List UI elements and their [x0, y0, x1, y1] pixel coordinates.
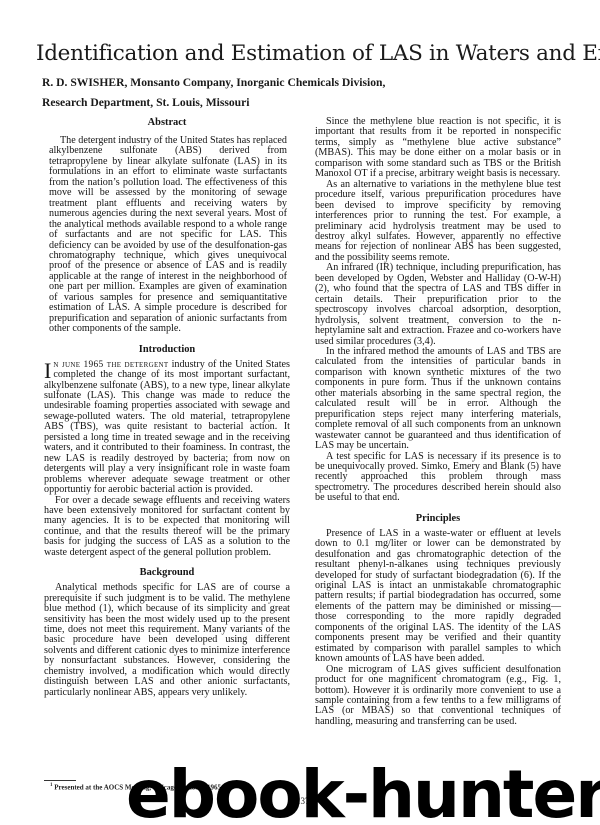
author-line-1: R. D. SWISHER, Monsanto Company, Inorgan… — [42, 73, 462, 93]
background-paragraph-1: Analytical methods specific for LAS are … — [44, 583, 290, 698]
right-paragraph-6: Presence of LAS in a waste-water or effl… — [315, 529, 561, 665]
footnote-mark: 1 — [50, 783, 53, 788]
paper-page: Identification and Estimation of LAS in … — [0, 0, 600, 825]
abstract-heading: Abstract — [44, 117, 290, 129]
author-affiliation: R. D. SWISHER, Monsanto Company, Inorgan… — [42, 73, 462, 113]
right-paragraph-4: In the infrared method the amounts of LA… — [315, 347, 561, 452]
title-text: Identification and Estimation of LAS in … — [36, 41, 600, 66]
background-heading: Background — [44, 567, 290, 579]
principles-heading: Principles — [315, 513, 561, 525]
abstract-section: The detergent industry of the United Sta… — [44, 136, 290, 335]
right-paragraph-3: An infrared (IR) technique, including pr… — [315, 263, 561, 347]
intro-paragraph-2: For over a decade sewage effluents and r… — [44, 496, 290, 559]
right-paragraph-5: A test specific for LAS is necessary if … — [315, 452, 561, 504]
right-column: Since the methylene blue reaction is not… — [315, 117, 561, 727]
watermark: ebook-hunter.org — [126, 762, 600, 825]
intro-paragraph-1-rest: industry of the United States completed … — [44, 359, 290, 495]
footnote-divider — [44, 780, 76, 781]
intro-paragraph-1: In june 1965 the detergent industry of t… — [44, 360, 290, 496]
paper-title: Identification and Estimation of LAS in … — [36, 41, 576, 66]
right-paragraph-7: One microgram of LAS gives sufficient de… — [315, 665, 561, 728]
drop-cap: I — [44, 361, 51, 380]
right-paragraph-2: As an alternative to variations in the m… — [315, 180, 561, 264]
introduction-heading: Introduction — [44, 344, 290, 356]
author-line-2: Research Department, St. Louis, Missouri — [42, 93, 462, 113]
left-column: Abstract The detergent industry of the U… — [44, 117, 290, 698]
right-paragraph-1: Since the methylene blue reaction is not… — [315, 117, 561, 180]
abstract-text: The detergent industry of the United Sta… — [44, 136, 290, 335]
